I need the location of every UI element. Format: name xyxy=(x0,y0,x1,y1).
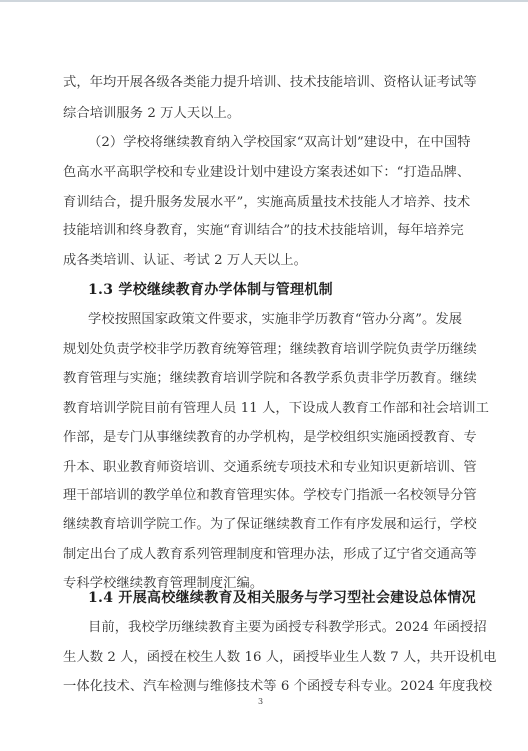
text-line: 制定出台了成人教育系列管理制度和管理办法，形成了辽宁省交通高等 xyxy=(63,546,453,564)
text-line: （2）学校将继续教育纳入学校国家“双高计划”建设中，在中国特 xyxy=(88,134,453,152)
text-line: 升本、职业教育师资培训、交通系统专项技术和专业知识更新培训、管 xyxy=(63,459,453,477)
text-line: 一体化技术、汽车检测与维修技术等 6 个函授专科专业。2024 年度我校 xyxy=(63,678,453,696)
section-heading-1-3: 1.3 学校继续教育办学体制与管理机制 xyxy=(88,281,333,299)
page-number: 3 xyxy=(258,697,263,707)
text-line: 生人数 2 人，函授在校生人数 16 人，函授毕业生人数 7 人，共开设机电 xyxy=(63,649,453,667)
section-heading-1-4: 1.4 开展高校继续教育及相关服务与学习型社会建设总体情况 xyxy=(88,589,476,607)
text-line: 育训结合，提升服务发展水平”，实施高质量技术技能人才培养、技术 xyxy=(63,194,453,212)
text-line: 作部，是专门从事继续教育的办学机构，是学校组织实施函授教育、专 xyxy=(63,429,453,447)
text-line: 理干部培训的教学单位和教育管理实体。学校专门指派一名校领导分管 xyxy=(63,487,453,505)
text-line: 继续教育培训学院工作。为了保证继续教育工作有序发展和运行，学校 xyxy=(63,516,453,534)
text-line: 技能培训和终身教育，实施“育训结合”的技术技能培训，每年培养完 xyxy=(63,222,453,240)
text-line: 目前，我校学历继续教育主要为函授专科教学形式。2024 年函授招 xyxy=(88,619,453,637)
text-line: 式，年均开展各级各类能力提升培训、技术技能培训、资格认证考试等 xyxy=(63,74,453,92)
text-line: 学校按照国家政策文件要求，实施非学历教育“管办分离”。发展 xyxy=(88,311,453,329)
text-line: 教育培训学院目前有管理人员 11 人，下设成人教育工作部和社会培训工 xyxy=(63,400,453,418)
text-line: 色高水平高职学校和专业建设计划中建设方案表述如下：“打造品牌、 xyxy=(63,164,453,182)
text-line: 教育管理与实施；继续教育培训学院和各教学系负责非学历教育。继续 xyxy=(63,370,453,388)
text-line: 综合培训服务 2 万人天以上。 xyxy=(63,105,453,123)
document-page: 式，年均开展各级各类能力提升培训、技术技能培训、资格认证考试等 综合培训服务 2… xyxy=(0,0,528,751)
text-line: 成各类培训、认证、考试 2 万人天以上。 xyxy=(63,252,453,270)
text-line: 规划处负责学校非学历教育统筹管理；继续教育培训学院负责学历继续 xyxy=(63,341,453,359)
